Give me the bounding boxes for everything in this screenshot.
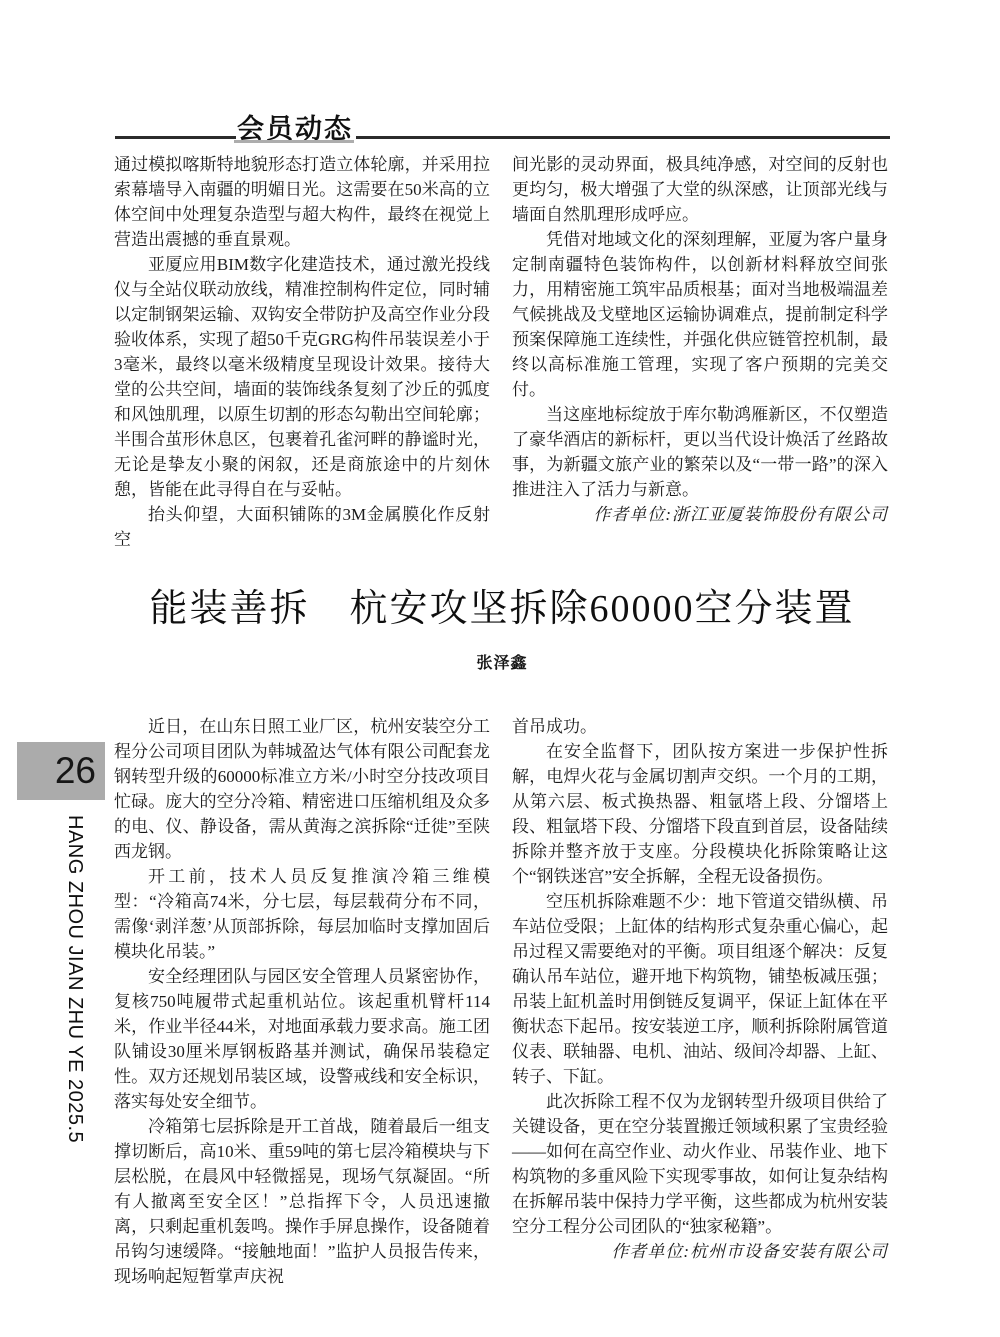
paragraph: 亚厦应用BIM数字化建造技术，通过激光投线仪与全站仪联动放线，精准控制构件定位，… [114,252,490,502]
paragraph: 抬头仰望，大面积铺陈的3M金属膜化作反射空 [114,502,490,552]
paragraph: 凭借对地域文化的深刻理解，亚厦为客户量身定制南疆特色装饰构件，以创新材料释放空间… [512,227,888,402]
paragraph: 空压机拆除难题不少：地下管道交错纵横、吊车站位受限；上缸体的结构形式复杂重心偏心… [512,889,888,1089]
header-rule-underline [234,140,354,143]
paragraph: 间光影的灵动界面，极具纯净感，对空间的反射也更均匀，极大增强了大堂的纵深感，让顶… [512,152,888,227]
paragraph: 安全经理团队与园区安全管理人员紧密协作，复核750吨履带式起重机站位。该起重机臂… [114,964,490,1114]
article1-right-column: 间光影的灵动界面，极具纯净感，对空间的反射也更均匀，极大增强了大堂的纵深感，让顶… [512,152,888,527]
article2-title: 能装善拆 杭安攻坚拆除60000空分装置 [114,577,890,632]
journal-name-vertical: HANG ZHOU JIAN ZHU YE 2025.5 [54,815,86,1165]
paragraph: 冷箱第七层拆除是开工首战，随着最后一组支撑切断后，高10米、重59吨的第七层冷箱… [114,1114,490,1289]
article2-left-column: 近日，在山东日照工业厂区，杭州安装空分工程分公司项目团队为韩城盈达气体有限公司配… [114,714,490,1289]
page-number-box: 26 [17,742,105,800]
article1-left-column: 通过模拟喀斯特地貌形态打造立体轮廓，并采用拉索幕墙导入南疆的明媚日光。这需要在5… [114,152,490,552]
article1-author-affiliation: 作者单位:浙江亚厦装饰股份有限公司 [512,502,888,527]
paragraph: 首吊成功。 [512,714,888,739]
article2-right-paragraphs: 首吊成功。在安全监督下，团队按方案进一步保护性拆解，电焊火花与金属切割声交织。一… [512,714,888,1239]
paragraph: 当这座地标绽放于库尔勒鸿雁新区，不仅塑造了豪华酒店的新标杆，更以当代设计焕活了丝… [512,402,888,502]
paragraph: 开工前，技术人员反复推演冷箱三维模型：“冷箱高74米，分七层，每层载荷分布不同，… [114,864,490,964]
paragraph: 此次拆除工程不仅为龙钢转型升级项目供给了关键设备，更在空分装置搬迁领域积累了宝贵… [512,1089,888,1239]
article1-right-paragraphs: 间光影的灵动界面，极具纯净感，对空间的反射也更均匀，极大增强了大堂的纵深感，让顶… [512,152,888,502]
article2-author-affiliation: 作者单位:杭州市设备安装有限公司 [512,1239,888,1264]
article2-right-column: 首吊成功。在安全监督下，团队按方案进一步保护性拆解，电焊火花与金属切割声交织。一… [512,714,888,1264]
header-rule-left [115,136,236,139]
header-rule-right [356,136,890,139]
article2-author-name: 张泽鑫 [114,650,890,673]
magazine-page: 会员动态 通过模拟喀斯特地貌形态打造立体轮廓，并采用拉索幕墙导入南疆的明媚日光。… [0,0,1000,1337]
page-number: 26 [55,750,96,792]
paragraph: 通过模拟喀斯特地貌形态打造立体轮廓，并采用拉索幕墙导入南疆的明媚日光。这需要在5… [114,152,490,252]
paragraph: 近日，在山东日照工业厂区，杭州安装空分工程分公司项目团队为韩城盈达气体有限公司配… [114,714,490,864]
paragraph: 在安全监督下，团队按方案进一步保护性拆解，电焊火花与金属切割声交织。一个月的工期… [512,739,888,889]
